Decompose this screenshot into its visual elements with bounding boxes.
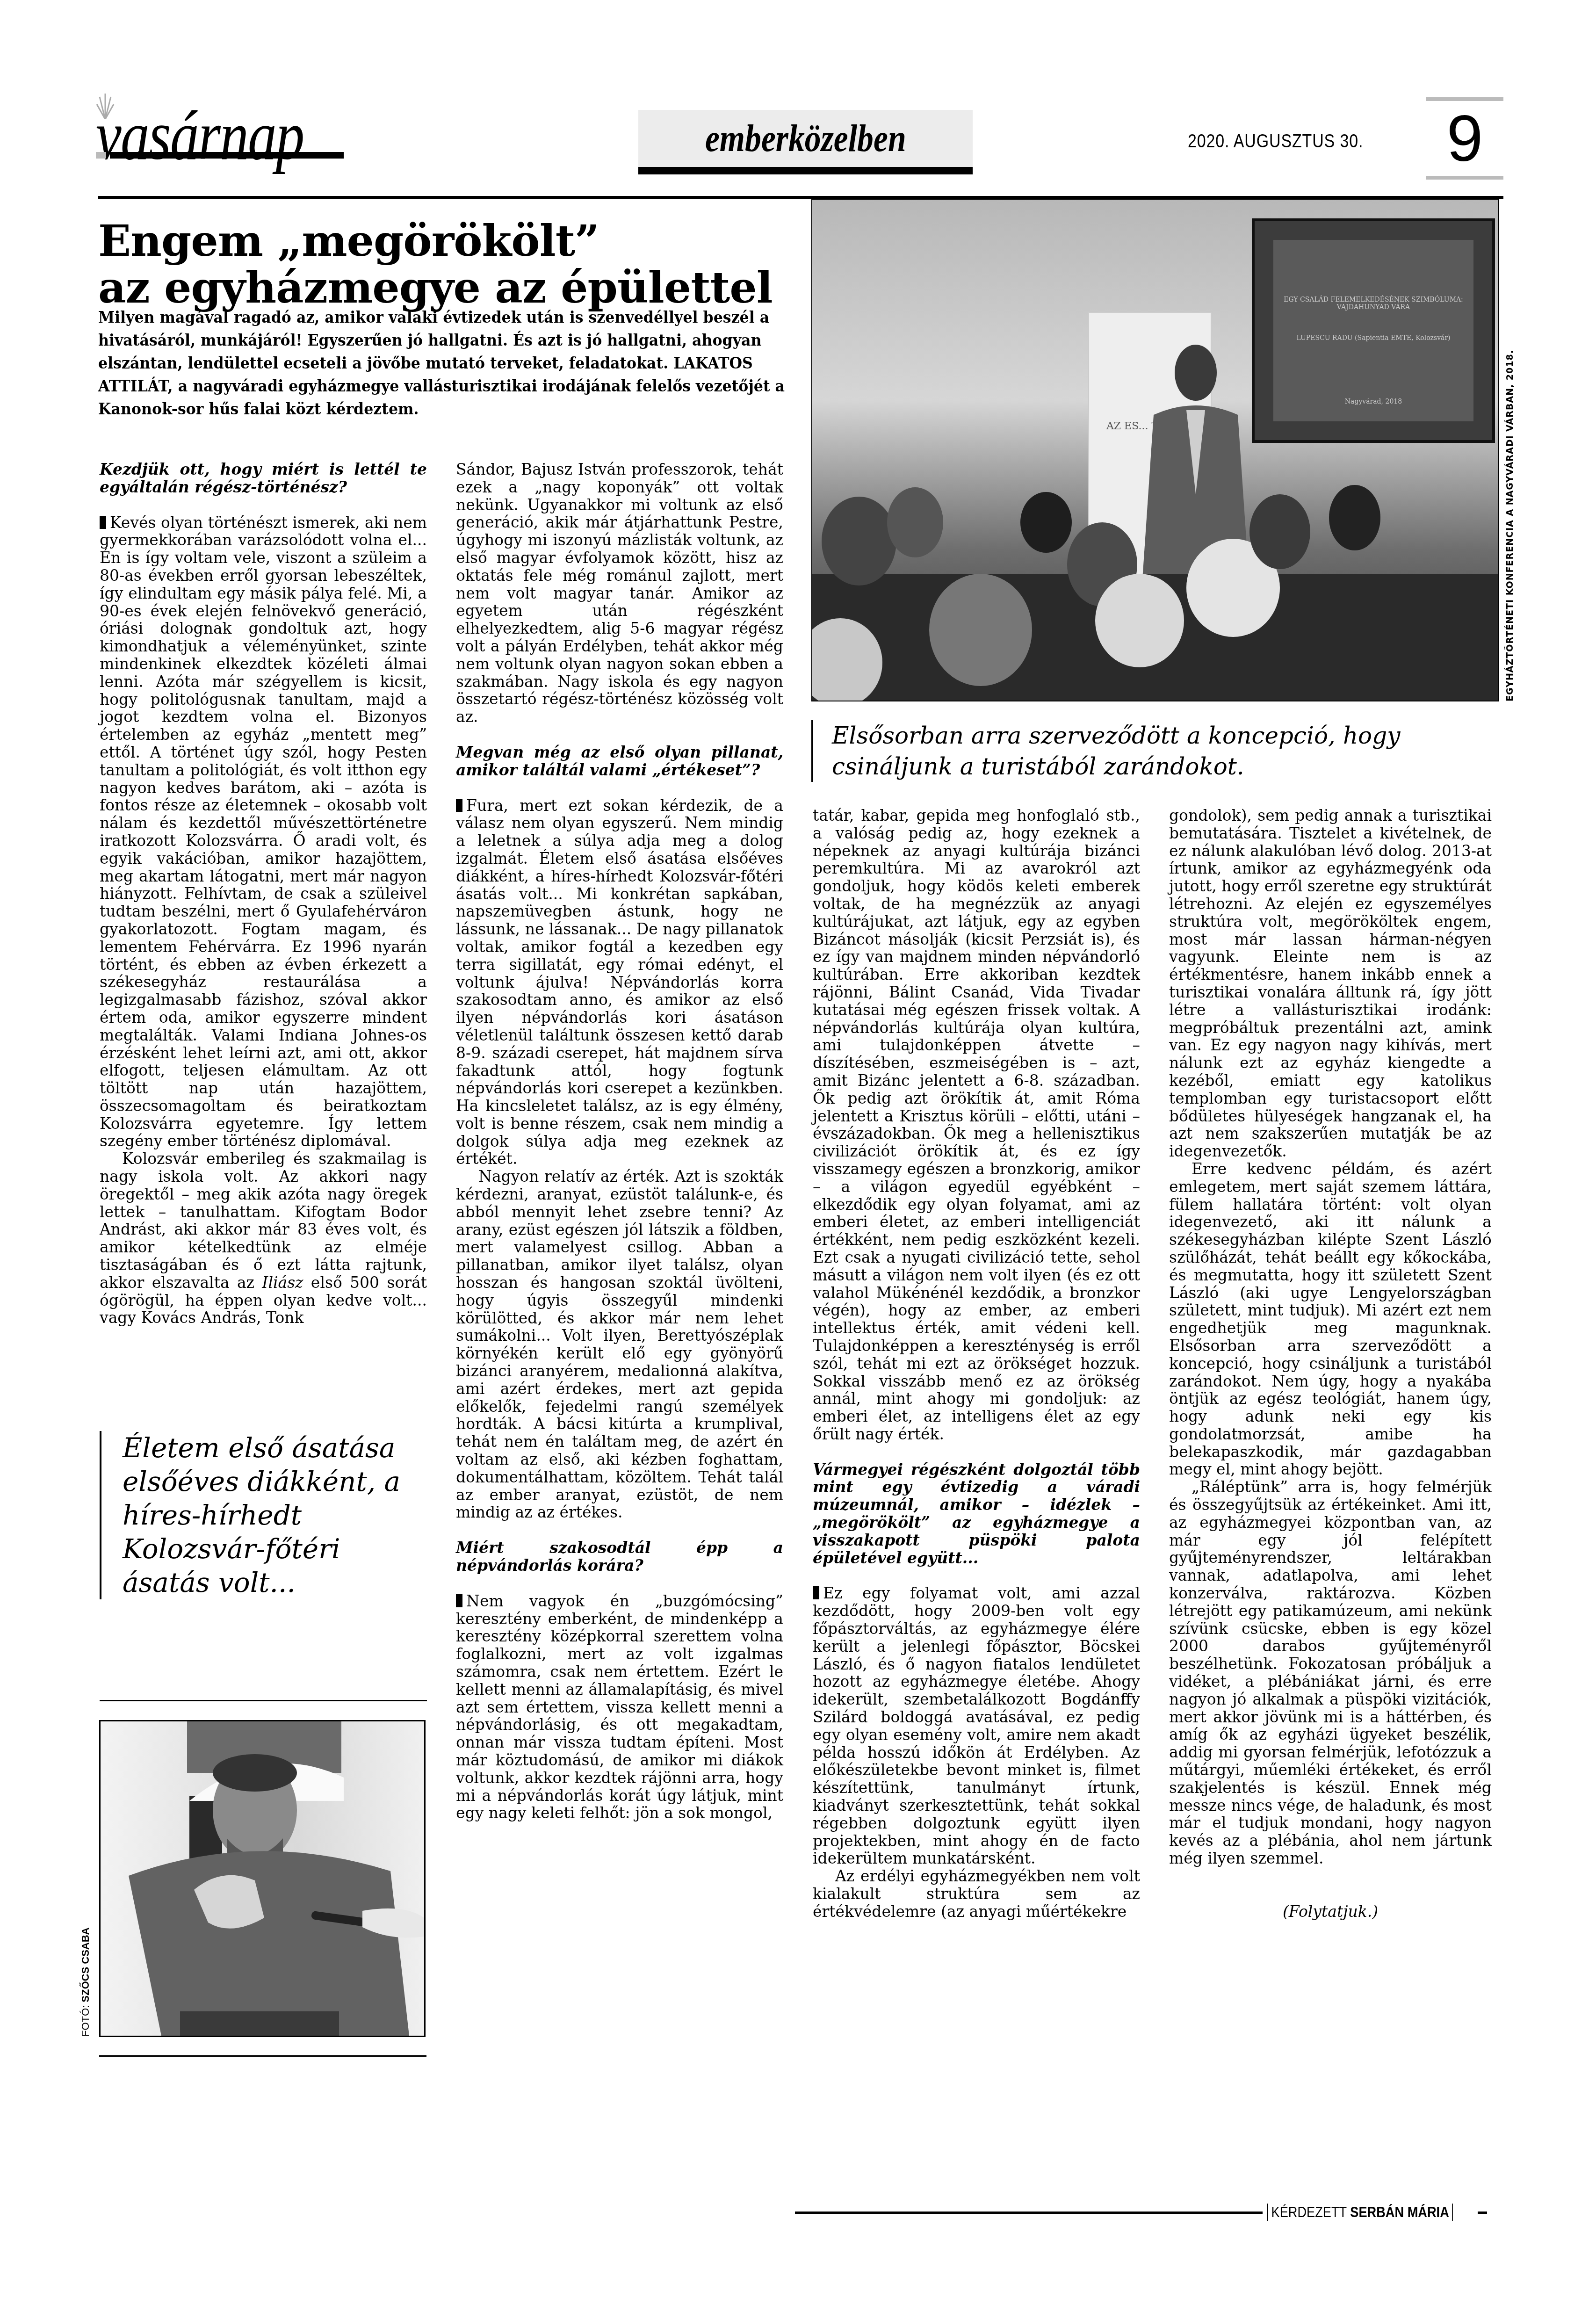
article-lead: Milyen magával ragadó az, amikor valaki … (98, 306, 790, 421)
answer-marker-icon (456, 799, 462, 812)
answer-marker-icon (100, 516, 106, 529)
conference-photo: AZ ES... TÁMO... EGY CSALÁD FELEMELKEDÉS… (811, 199, 1499, 701)
interview-question: Megvan még az első olyan pillanat, amiko… (456, 744, 783, 779)
projection-screen: EGY CSALÁD FELEMELKEDÉSÉNEK SZIMBÓLUMA: … (1252, 218, 1495, 443)
body-paragraph: Erre kedvenc példám, és azért emlegetem,… (1169, 1160, 1492, 1478)
body-paragraph: gondolok), sem pedig annak a turisztikai… (1169, 807, 1492, 1160)
portrait-figure-icon (101, 1721, 424, 2036)
issue-date: 2020. AUGUSZTUS 30. (1188, 131, 1363, 152)
answer-paragraph: Fura, mert ezt sokan kérdezik, de a vála… (456, 797, 783, 1168)
masthead-underline (110, 152, 344, 159)
photo-credit-conference: EGYHÁZTÖRTÉNETI KONFERENCIA A NAGYVÁRADI… (1505, 350, 1515, 701)
title-line-1: Engem „megörökölt” (98, 217, 800, 264)
body-paragraph: „Ráléptünk” arra is, hogy felmérjük és ö… (1169, 1478, 1492, 1867)
credit-name: SZŐCS CSABA (79, 1928, 91, 2002)
title-line-2: az egyházmegye az épülettel (98, 264, 800, 311)
pull-quote-divider (100, 1700, 427, 1701)
answer-text: Fura, mert ezt sokan kérdezik, de a vála… (456, 796, 783, 1168)
answer-text: Ez egy folyamat volt, ami azzal kezdődöt… (813, 1584, 1140, 1867)
answer-paragraph: Ez egy folyamat volt, ami azzal kezdődöt… (813, 1584, 1140, 1867)
footer-rule (795, 2212, 1263, 2214)
page-number: 9 (1426, 97, 1503, 180)
column-4: gondolok), sem pedig annak a turisztikai… (1169, 807, 1492, 1921)
book-title: Iliász (262, 1273, 303, 1292)
body-paragraph: Kolozsvár emberileg és szakmailag is nag… (100, 1150, 427, 1327)
interview-question: Miért szakosodtál épp a népvándorlás kor… (456, 1539, 783, 1575)
byline-footer: KÉRDEZETT SERBÁN MÁRIA (795, 2204, 1506, 2222)
screen-title: EGY CSALÁD FELEMELKEDÉSÉNEK SZIMBÓLUMA: … (1273, 296, 1473, 311)
masthead-accent (96, 152, 106, 159)
body-text: Kolozsvár emberileg és szakmailag is nag… (100, 1149, 427, 1292)
pull-quote: Életem első ásatása elsőéves diákként, a… (100, 1431, 427, 1599)
answer-marker-icon (813, 1586, 819, 1599)
section-label: emberközelben (705, 116, 906, 160)
screen-footer: Nagyvárad, 2018 (1273, 398, 1473, 405)
photo-caption: Elsősorban arra szerveződött a koncepció… (811, 720, 1487, 782)
column-3: tatár, kabar, gepida meg honfoglaló stb.… (813, 807, 1140, 1921)
photo-credit-portrait: FOTÓ: SZŐCS CSABA (79, 1928, 92, 2037)
to-be-continued: (Folytatjuk.) (1169, 1903, 1492, 1921)
body-paragraph: tatár, kabar, gepida meg honfoglaló stb.… (813, 807, 1140, 1443)
section-tab[interactable]: emberközelben (638, 110, 973, 174)
screen-author: LUPESCU RADU (Sapientia EMTE, Kolozsvár) (1273, 334, 1473, 342)
byline: KÉRDEZETT SERBÁN MÁRIA (1267, 2204, 1453, 2221)
column-2: Sándor, Bajusz István professzorok, tehá… (456, 461, 783, 1822)
audience-heads-icon (812, 480, 1499, 701)
body-paragraph: Az erdélyi egyházmegyékben nem volt kial… (813, 1867, 1140, 1920)
body-paragraph: Sándor, Bajusz István professzorok, tehá… (456, 461, 783, 726)
answer-paragraph: Kevés olyan történészt ismerek, aki nem … (100, 514, 427, 1150)
masthead-logo[interactable]: vasárnap (96, 101, 304, 171)
column-1: Kezdjük ott, hogy miért is lettél te egy… (100, 461, 427, 1327)
body-paragraph: Nagyon relatív az érték. Azt is szokták … (456, 1168, 783, 1521)
byline-label: KÉRDEZETT (1271, 2204, 1347, 2220)
credit-label: FOTÓ: (79, 2005, 91, 2037)
answer-text: Kevés olyan történészt ismerek, aki nem … (100, 513, 427, 1150)
portrait-photo (99, 1720, 426, 2037)
answer-marker-icon (456, 1594, 462, 1607)
answer-paragraph: Nem vagyok én „buzgómócsing” keresztény … (456, 1592, 783, 1822)
column-1-bottom-rule (99, 2055, 426, 2057)
answer-text: Nem vagyok én „buzgómócsing” keresztény … (456, 1592, 783, 1822)
byline-author: SERBÁN MÁRIA (1350, 2204, 1449, 2220)
interview-question: Vármegyei régészként dolgoztál több mint… (813, 1461, 1140, 1567)
article-title: Engem „megörökölt” az egyházmegye az épü… (98, 217, 800, 311)
footer-rule-tail (1478, 2212, 1487, 2214)
interview-question: Kezdjük ott, hogy miért is lettél te egy… (100, 461, 427, 496)
